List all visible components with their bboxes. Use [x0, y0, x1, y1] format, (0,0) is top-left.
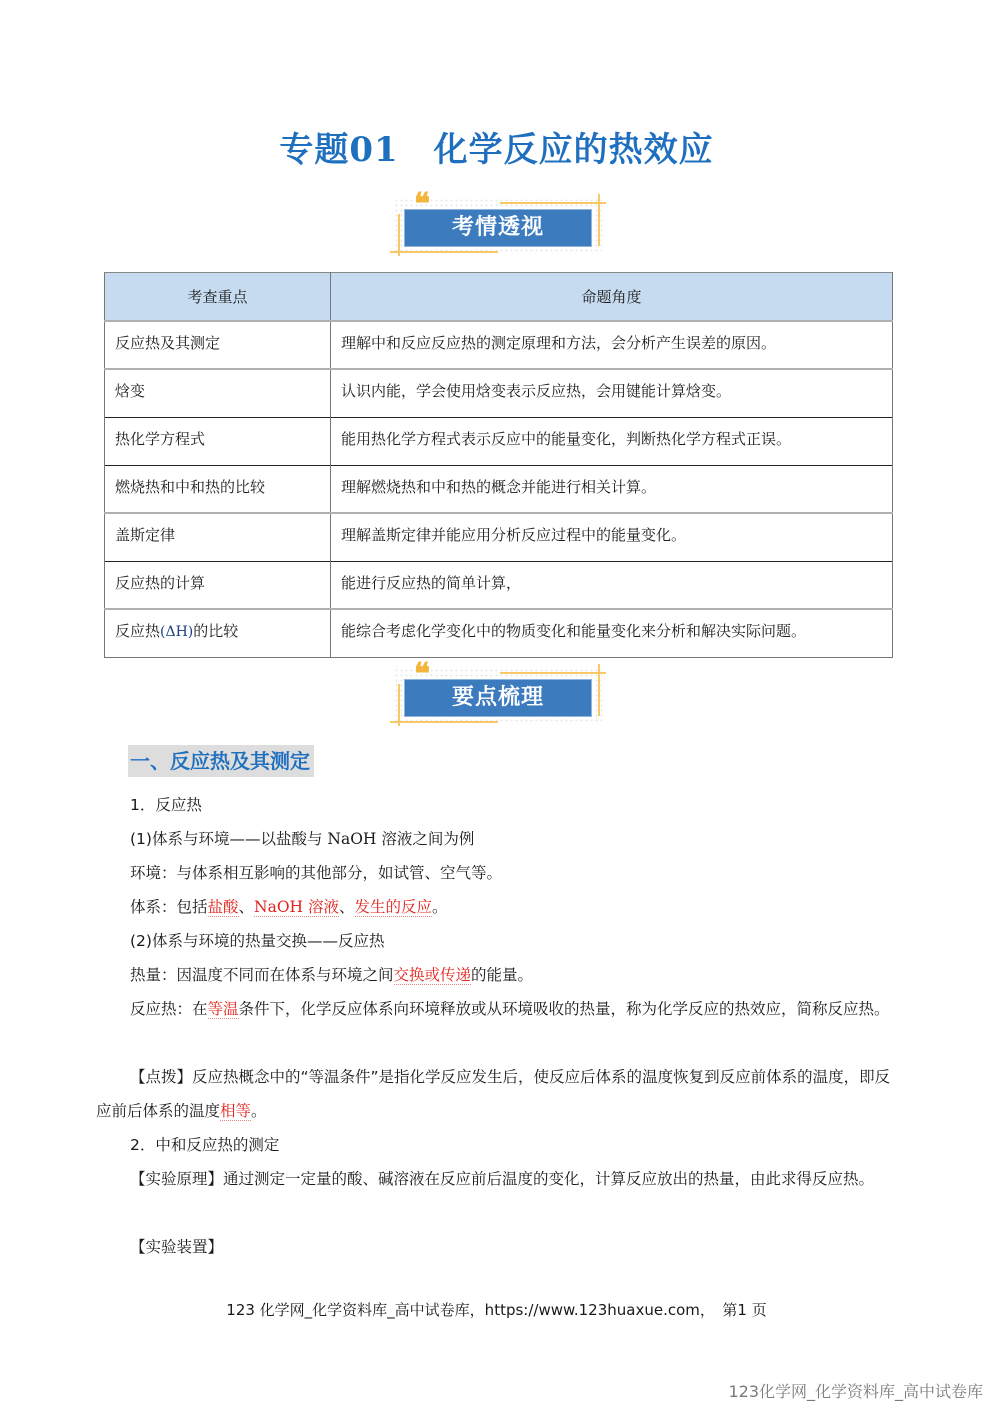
subheading-reaction-heat: 1．反应热 [130, 788, 936, 822]
cell-focus: 反应热(ΔH)的比较 [105, 609, 331, 657]
cell-angle: 理解燃烧热和中和热的概念并能进行相关计算。 [331, 465, 893, 513]
cell-angle: 理解盖斯定律并能应用分析反应过程中的能量变化。 [331, 513, 893, 561]
table-row: 燃烧热和中和热的比较 理解燃烧热和中和热的概念并能进行相关计算。 [105, 465, 893, 513]
text: 【点拨】反应热概念中的“等温条件”是指化学反应发生后，使反应后体系的温度恢复到反… [96, 1068, 890, 1120]
page-title: 专题01 化学反应的热效应 [0, 122, 993, 171]
paragraph: 热量：因温度不同而在体系与环境之间交换或传递的能量。 [130, 958, 936, 992]
text: 。 [251, 1102, 267, 1120]
quote-icon: ❝ [414, 660, 430, 690]
cell-text: 反应热 [115, 622, 160, 640]
cell-focus: 盖斯定律 [105, 513, 331, 561]
quote-icon: ❝ [414, 190, 430, 220]
table-row: 热化学方程式 能用热化学方程式表示反应中的能量变化，判断热化学方程式正误。 [105, 417, 893, 465]
cell-focus: 反应热的计算 [105, 561, 331, 609]
paragraph: 体系：包括盐酸、NaOH 溶液、发生的反应。 [130, 890, 936, 924]
cell-angle: 能综合考虑化学变化中的物质变化和能量变化来分析和解决实际问题。 [331, 609, 893, 657]
banner-overview: 考情透视 ❝ [390, 194, 606, 256]
column-header-angle: 命题角度 [331, 273, 893, 322]
cell-focus: 焓变 [105, 369, 331, 417]
highlight: 盐酸 [208, 898, 239, 917]
cell-focus: 反应热及其测定 [105, 321, 331, 369]
paragraph: 【实验装置】 [130, 1230, 936, 1264]
paragraph: 环境：与体系相互影响的其他部分，如试管、空气等。 [130, 856, 936, 890]
banner-line [500, 202, 606, 204]
text: 、 [339, 898, 355, 916]
paragraph: 反应热：在等温条件下，化学反应体系向环境释放或从环境吸收的热量，称为化学反应的热… [96, 992, 902, 1026]
formula-naoh: NaOH [254, 898, 303, 916]
cell-angle: 认识内能，学会使用焓变表示反应热，会用键能计算焓变。 [331, 369, 893, 417]
table-row: 反应热的计算 能进行反应热的简单计算， [105, 561, 893, 609]
highlight: 相等 [220, 1102, 251, 1121]
paragraph: 【点拨】反应热概念中的“等温条件”是指化学反应发生后，使反应后体系的温度恢复到反… [96, 1060, 902, 1128]
cell-angle: 理解中和反应反应热的测定原理和方法，会分析产生误差的原因。 [331, 321, 893, 369]
banner-line [390, 721, 498, 723]
formula-naoh: NaOH [327, 830, 376, 848]
banner-line [390, 251, 498, 253]
delta-h-symbol: (ΔH) [160, 624, 193, 640]
section-heading: 一、反应热及其测定 [128, 745, 314, 777]
table-row: 盖斯定律 理解盖斯定律并能应用分析反应过程中的能量变化。 [105, 513, 893, 561]
cell-text: 的比较 [193, 622, 238, 640]
cell-focus: 热化学方程式 [105, 417, 331, 465]
text: 溶液之间为例 [376, 830, 474, 848]
cell-angle: 能进行反应热的简单计算， [331, 561, 893, 609]
table-row: 反应热(ΔH)的比较 能综合考虑化学变化中的物质变化和能量变化来分析和解决实际问… [105, 609, 893, 657]
banner-line [598, 194, 600, 246]
text: 。 [432, 898, 448, 916]
text: 溶液 [303, 898, 339, 916]
text: 条件下，化学反应体系向环境释放或从环境吸收的热量，称为化学反应的热效应，简称反应… [239, 1000, 890, 1018]
page-footer: 123 化学网_化学资料库_高中试卷库，https://www.123huaxu… [0, 1299, 993, 1320]
table-row: 焓变 认识内能，学会使用焓变表示反应热，会用键能计算焓变。 [105, 369, 893, 417]
text: 体系：包括 [130, 898, 208, 916]
text: 的能量。 [471, 966, 533, 984]
highlight: 等温 [208, 1000, 239, 1019]
highlight: 交换或传递 [394, 966, 472, 985]
highlight: 发生的反应 [355, 898, 433, 917]
cell-focus: 燃烧热和中和热的比较 [105, 465, 331, 513]
banner-label: 要点梳理 [404, 679, 592, 717]
subheading-neutralization: 2．中和反应热的测定 [130, 1128, 936, 1162]
banner-line [598, 664, 600, 716]
highlight: NaOH 溶液 [254, 898, 339, 917]
watermark: 123化学网_化学资料库_高中试卷库 [728, 1379, 983, 1402]
paragraph: (2)体系与环境的热量交换——反应热 [130, 924, 936, 958]
banner-line [398, 684, 400, 726]
paragraph: 【实验原理】通过测定一定量的酸、碱溶液在反应前后温度的变化，计算反应放出的热量，… [96, 1162, 902, 1196]
text: 热量：因温度不同而在体系与环境之间 [130, 966, 394, 984]
cell-angle: 能用热化学方程式表示反应中的能量变化，判断热化学方程式正误。 [331, 417, 893, 465]
table-row: 反应热及其测定 理解中和反应反应热的测定原理和方法，会分析产生误差的原因。 [105, 321, 893, 369]
column-header-focus: 考查重点 [105, 273, 331, 322]
paragraph: (1)体系与环境——以盐酸与 NaOH 溶液之间为例 [130, 822, 936, 856]
banner-key-points: 要点梳理 ❝ [390, 664, 606, 726]
text: (1)体系与环境——以盐酸与 [130, 830, 327, 848]
text: 、 [239, 898, 255, 916]
banner-line [398, 214, 400, 256]
text: 反应热：在 [130, 1000, 208, 1018]
exam-focus-table: 考查重点 命题角度 反应热及其测定 理解中和反应反应热的测定原理和方法，会分析产… [104, 272, 893, 658]
banner-line [500, 672, 606, 674]
banner-label: 考情透视 [404, 209, 592, 247]
